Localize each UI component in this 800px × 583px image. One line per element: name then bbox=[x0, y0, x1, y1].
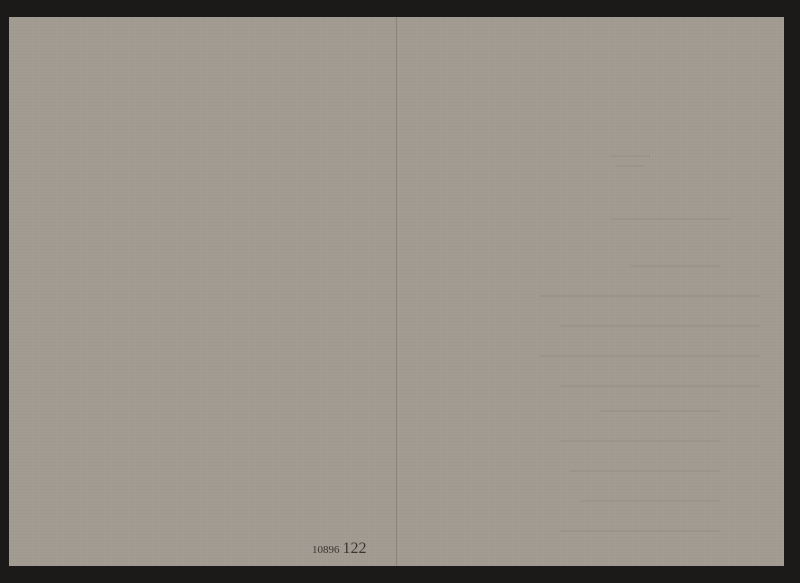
note-large: 122 bbox=[343, 540, 367, 557]
handwritten-note: 10896122 bbox=[312, 540, 367, 558]
center-fold bbox=[396, 17, 397, 566]
note-small: 10896 bbox=[312, 544, 340, 556]
